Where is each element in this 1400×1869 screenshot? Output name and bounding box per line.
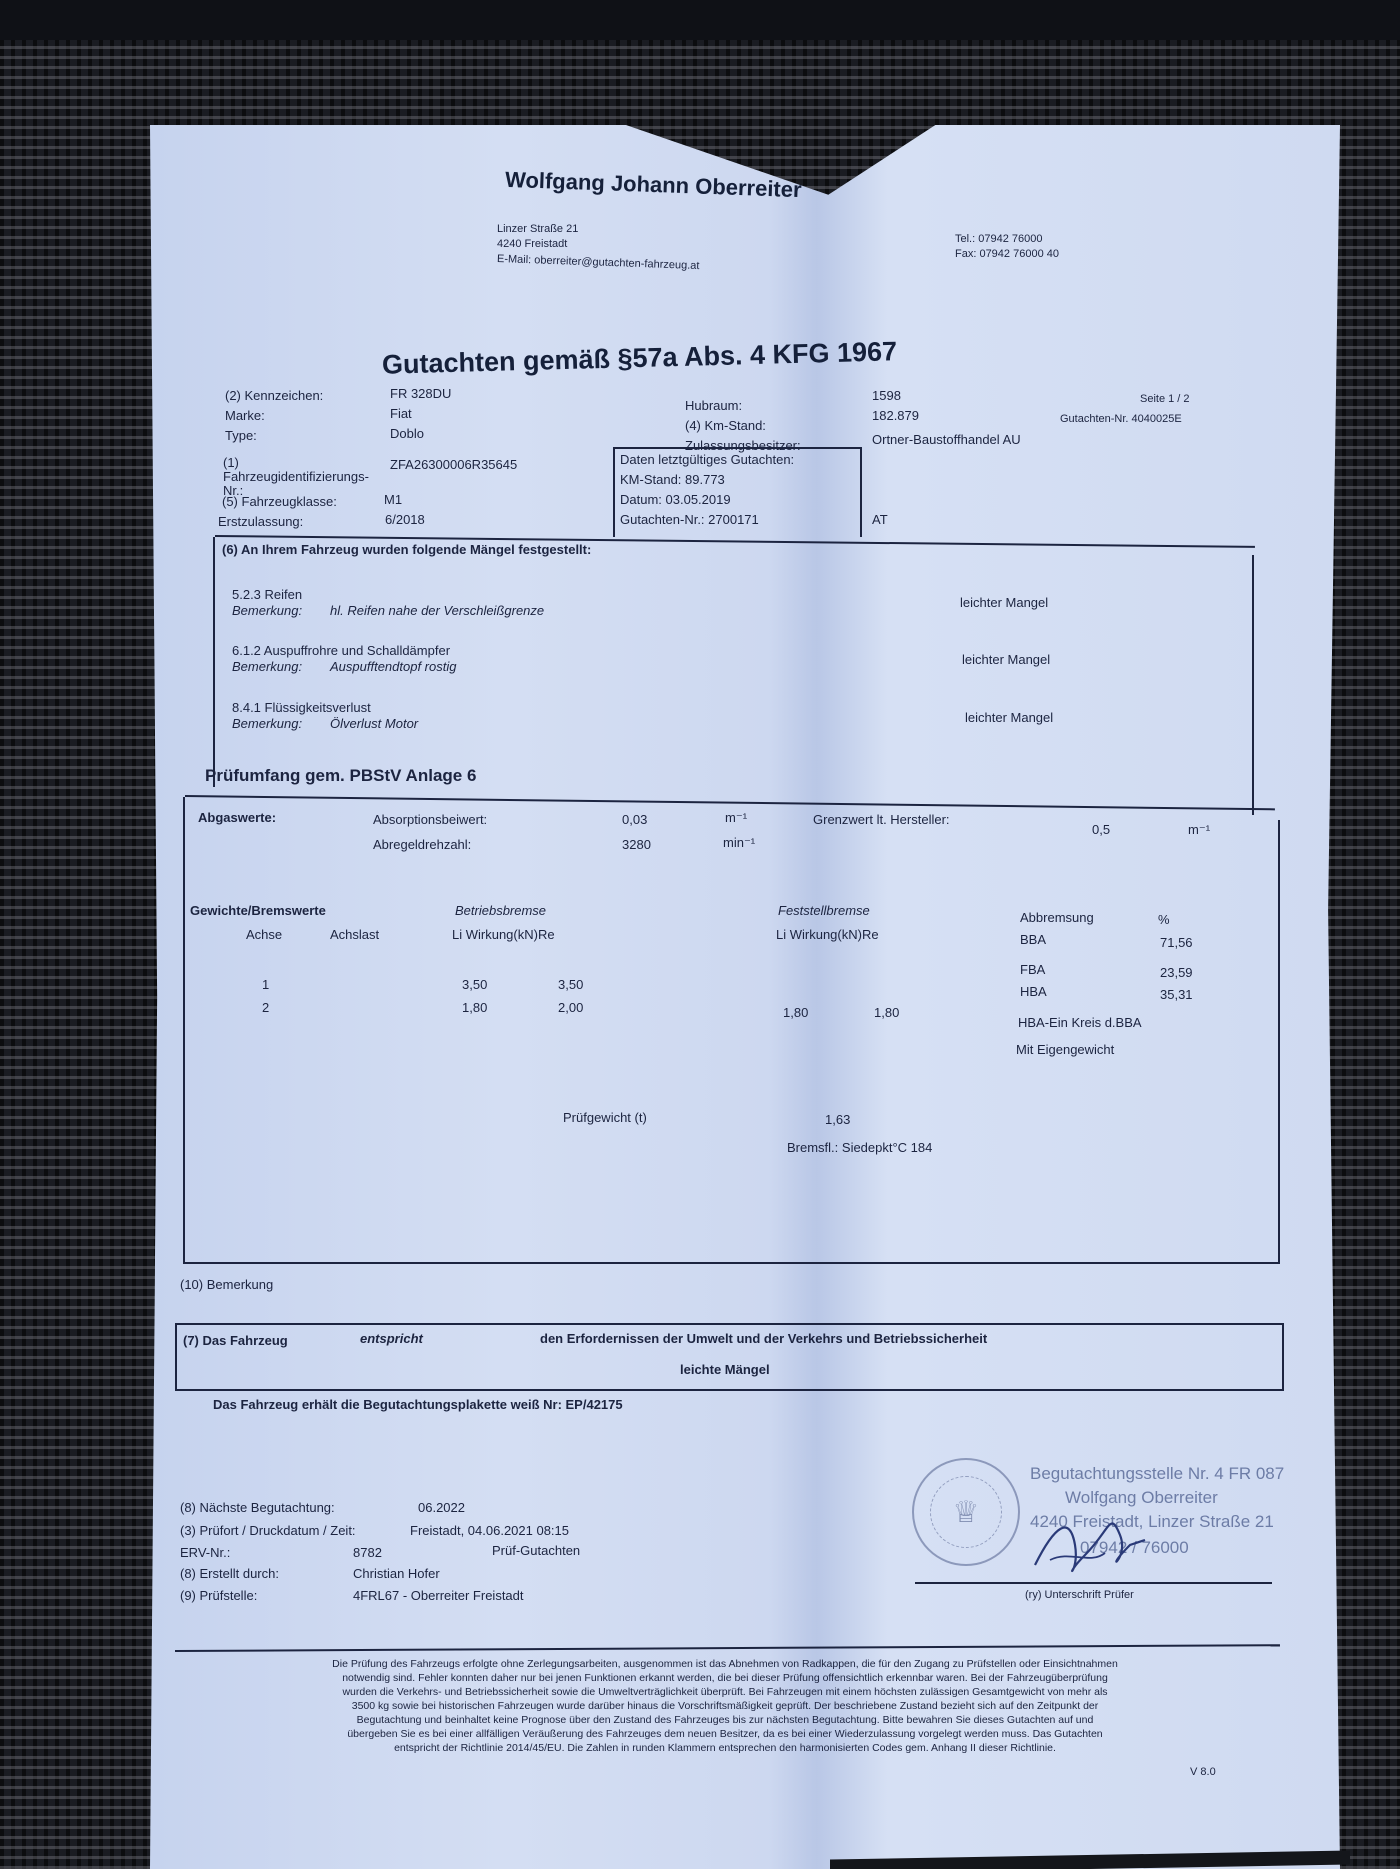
service-brake-subheading: Li Wirkung(kN)Re [452, 927, 555, 943]
disclaimer-line: notwendig sind. Fehler konnten daher nur… [180, 1671, 1270, 1685]
emission-name: Absorptionsbeiwert: [373, 812, 487, 828]
defect-severity: leichter Mangel [962, 652, 1050, 668]
deceleration-heading: Abbremsung [1020, 910, 1094, 926]
defects-heading: (6) An Ihrem Fahrzeug wurden folgende Mä… [222, 542, 591, 558]
field-value: FR 328DU [390, 386, 451, 402]
signature-line [915, 1582, 1272, 1584]
stamp-line: Begutachtungsstelle Nr. 4 FR 087 [1030, 1462, 1284, 1486]
letterhead-fax: Fax: 07942 76000 40 [955, 247, 1059, 261]
field-label: (2) Kennzeichen: [225, 388, 323, 404]
divider [1252, 555, 1254, 815]
defect-remark-label: Bemerkung: [232, 603, 302, 619]
emission-limit-unit: m⁻¹ [1188, 822, 1210, 838]
footer-label: (9) Prüfstelle: [180, 1588, 257, 1604]
disclaimer-line: Die Prüfung des Fahrzeugs erfolgte ohne … [180, 1657, 1270, 1671]
service-right: 2,00 [558, 1000, 583, 1016]
service-right: 3,50 [558, 977, 583, 993]
scope-heading: Prüfumfang gem. PBStV Anlage 6 [205, 766, 476, 786]
disclaimer-line: wurden die Verkehrs- und Betriebssicherh… [180, 1685, 1270, 1699]
emissions-label: Abgaswerte: [198, 810, 276, 826]
field-value: 1598 [872, 388, 901, 404]
defect-code: 6.1.2 Auspuffrohre und Schalldämpfer [232, 643, 450, 659]
divider [183, 1262, 1280, 1264]
signature-mark [1030, 1505, 1150, 1585]
field-value: Fiat [390, 406, 412, 422]
footer-value: Christian Hofer [353, 1566, 440, 1582]
deceleration-name: HBA-Ein Kreis d.BBA [1018, 1015, 1142, 1031]
defect-remark: Ölverlust Motor [330, 716, 418, 732]
field-value: 182.879 [872, 408, 919, 424]
service-left: 3,50 [462, 977, 487, 993]
deceleration-value: 71,56 [1160, 935, 1193, 951]
disclaimer: Die Prüfung des Fahrzeugs erfolgte ohne … [180, 1657, 1270, 1755]
field-label: Type: [225, 428, 257, 444]
deceleration-name: FBA [1020, 962, 1045, 978]
deceleration-value: 35,31 [1160, 987, 1193, 1003]
brakes-heading: Gewichte/Bremswerte [190, 903, 326, 919]
field-value: 6/2018 [385, 512, 425, 528]
disclaimer-line: 3500 kg sowie bei historischen Fahrzeuge… [180, 1699, 1270, 1713]
footer-value: Freistadt, 04.06.2021 08:15 [410, 1523, 569, 1539]
disclaimer-line: entspricht der Richtlinie 2014/45/EU. Di… [180, 1741, 1270, 1755]
field-label: (1) Fahrzeugidentifizierungs-Nr.: [223, 456, 373, 498]
disclaimer-line: übergeben Sie es bei einer allfälligen V… [180, 1727, 1270, 1741]
parking-left: 1,80 [783, 1005, 808, 1021]
field-value: M1 [384, 492, 402, 508]
letterhead-tel: Tel.: 07942 76000 [955, 232, 1042, 246]
page-number: Seite 1 / 2 [1140, 392, 1190, 406]
emission-unit: min⁻¹ [723, 835, 755, 851]
deceleration-name: BBA [1020, 932, 1046, 948]
field-label: (5) Fahrzeugklasse: [222, 494, 337, 510]
eagle-emblem-icon: ♕ [930, 1476, 1002, 1548]
brake-fluid: Bremsfl.: Siedepkt°C 184 [787, 1140, 932, 1156]
defect-severity: leichter Mangel [965, 710, 1053, 726]
divider [213, 537, 215, 787]
defect-code: 5.2.3 Reifen [232, 587, 302, 603]
deceleration-name: HBA [1020, 984, 1047, 1000]
deceleration-name: Mit Eigengewicht [1016, 1042, 1114, 1058]
previous-report-heading: Daten letztgültiges Gutachten: [620, 452, 794, 468]
remark-label: (10) Bemerkung [180, 1277, 273, 1293]
emission-unit: m⁻¹ [725, 810, 747, 826]
emission-limit-label: Grenzwert lt. Hersteller: [813, 812, 950, 828]
divider [1278, 820, 1280, 1263]
emission-limit-value: 0,5 [1092, 822, 1110, 838]
footer-extra: Prüf-Gutachten [492, 1543, 580, 1559]
plakette-text: Das Fahrzeug erhält die Begutachtungspla… [213, 1397, 623, 1413]
axle: 2 [262, 1000, 269, 1016]
field-label: Hubraum: [685, 398, 742, 414]
service-brake-heading: Betriebsbremse [455, 903, 546, 919]
footer-label: (3) Prüfort / Druckdatum / Zeit: [180, 1523, 356, 1539]
defect-remark: hl. Reifen nahe der Verschleißgrenze [330, 603, 544, 619]
defect-remark-label: Bemerkung: [232, 659, 302, 675]
previous-report-number: Gutachten-Nr.: 2700171 [620, 512, 759, 528]
axle: 1 [262, 977, 269, 993]
field-value: Ortner-Baustoffhandel AU [872, 432, 1021, 448]
country-code: AT [872, 512, 888, 528]
field-label: (4) Km-Stand: [685, 418, 766, 434]
test-weight-value: 1,63 [825, 1112, 850, 1128]
previous-report-km: KM-Stand: 89.773 [620, 472, 725, 488]
official-stamp-seal: ♕ [912, 1458, 1020, 1566]
signature-caption: (ry) Unterschrift Prüfer [1025, 1588, 1134, 1602]
footer-label: (8) Erstellt durch: [180, 1566, 279, 1582]
footer-value: 8782 [353, 1545, 382, 1561]
disclaimer-line: Begutachtung und beinhaltet keine Progno… [180, 1713, 1270, 1727]
background-fabric-top [0, 0, 1400, 40]
defect-remark: Auspufftendtopf rostig [330, 659, 456, 675]
verdict-prefix: (7) Das Fahrzeug [183, 1333, 288, 1349]
footer-label: ERV-Nr.: [180, 1545, 230, 1561]
previous-report-date: Datum: 03.05.2019 [620, 492, 731, 508]
deceleration-value: 23,59 [1160, 965, 1193, 981]
verdict-sub: leichte Mängel [680, 1362, 770, 1378]
emission-value: 3280 [622, 837, 651, 853]
defect-code: 8.4.1 Flüssigkeitsverlust [232, 700, 371, 716]
test-weight-label: Prüfgewicht (t) [563, 1110, 647, 1126]
letterhead-street: Linzer Straße 21 [497, 222, 578, 236]
field-value: Doblo [390, 426, 424, 442]
divider [183, 797, 185, 1262]
letterhead-city: 4240 Freistadt [497, 237, 567, 251]
field-value: ZFA26300006R35645 [390, 457, 517, 473]
col-axle-load: Achslast [330, 927, 379, 943]
verdict-status: entspricht [360, 1331, 423, 1347]
form-version: V 8.0 [1190, 1765, 1216, 1779]
parking-brake-subheading: Li Wirkung(kN)Re [776, 927, 879, 943]
footer-value: 4FRL67 - Oberreiter Freistadt [353, 1588, 524, 1604]
field-label: Erstzulassung: [218, 514, 303, 530]
parking-brake-heading: Feststellbremse [778, 903, 870, 919]
defect-severity: leichter Mangel [960, 595, 1048, 611]
report-number: Gutachten-Nr. 4040025E [1060, 412, 1182, 426]
col-axle: Achse [246, 927, 282, 943]
defect-remark-label: Bemerkung: [232, 716, 302, 732]
footer-value: 06.2022 [418, 1500, 465, 1516]
field-label: Marke: [225, 408, 265, 424]
deceleration-unit: % [1158, 912, 1170, 928]
footer-label: (8) Nächste Begutachtung: [180, 1500, 335, 1516]
verdict-text: den Erfordernissen der Umwelt und der Ve… [540, 1331, 987, 1347]
emission-value: 0,03 [622, 812, 647, 828]
service-left: 1,80 [462, 1000, 487, 1016]
parking-right: 1,80 [874, 1005, 899, 1021]
emission-name: Abregeldrehzahl: [373, 837, 471, 853]
